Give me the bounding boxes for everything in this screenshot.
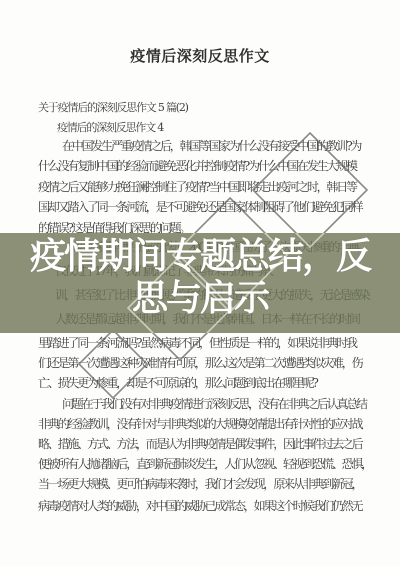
body-line: 们还是第一次遭遇这种灾难情有可原，那么这次是第二次遭遇类似灾难，伤: [38, 356, 361, 370]
body-line: 便被所有人抛诸脑后，直到新冠肺炎发生，人们从忽视、轻视到恐慌、恐惧，: [38, 457, 371, 471]
subtitle: 关于疫情后的深刻反思作文 5 篇(2): [38, 99, 188, 115]
body-line: 在中国发生严重疫情之后，韩国等国家为什么没有接受中国的教训?为: [62, 139, 360, 153]
body-line: 非典的经验教训，没有针对与非典类似的大规模疫情提出有针对性的应对战: [38, 417, 361, 431]
section-heading: 疫情后的深刻反思作文 4: [57, 119, 163, 135]
body-line: 问题在于我们没有对非典疫情进行深刻反思，没有在非典之后认真总结: [62, 397, 366, 411]
document-page: 疫情后深刻反思作文 关于疫情后的深刻反思作文 5 篇(2) 疫情后的深刻反思作文…: [0, 0, 400, 566]
body-line: 当一场更大规模、更可怕病毒来袭时，我们才会发现，原来从非典到新冠，: [38, 477, 361, 491]
body-line: 略、措施、方式、方法，而是认为非典疫情是偶发事件，因此事件过去之后: [38, 437, 361, 451]
overlay-banner: 其实中国早就经历过此劫，2003 年中国经历了一次损失惨重的非典 仅仅过了17年…: [0, 233, 400, 333]
page-title: 疫情后深刻反思作文: [0, 45, 400, 66]
body-line: 疫情之后又能够力挽狂澜控制住了疫情?当中国即将走出疫河之时，韩日等: [38, 180, 356, 194]
body-line: 什么没有复制中国的经验而避免恶化并控制疫情?为什么中国在发生大规模: [38, 159, 356, 173]
banner-title-line2: 思与启示: [0, 278, 400, 320]
body-line: 亡、损失更为惨重，却是不可原谅的，那么问题到底出在哪里呢?: [38, 376, 317, 390]
body-line: 国却又踏入了同一条河流，是不可避免还是国家体制阻碍了他们避免犯同样: [38, 200, 361, 214]
banner-title: 疫情期间专题总结，反 思与启示: [0, 236, 400, 320]
body-line: 病毒疫情对人类的威胁，对中国的威胁已成常态，如果这个时候我们仍然无: [38, 499, 361, 513]
body-line: 里踏进了同一条河流吗?虽然病毒不同，但性质是一样的，如果说非典时我: [38, 336, 356, 350]
banner-title-line1: 疫情期间专题总结，反: [0, 236, 400, 278]
